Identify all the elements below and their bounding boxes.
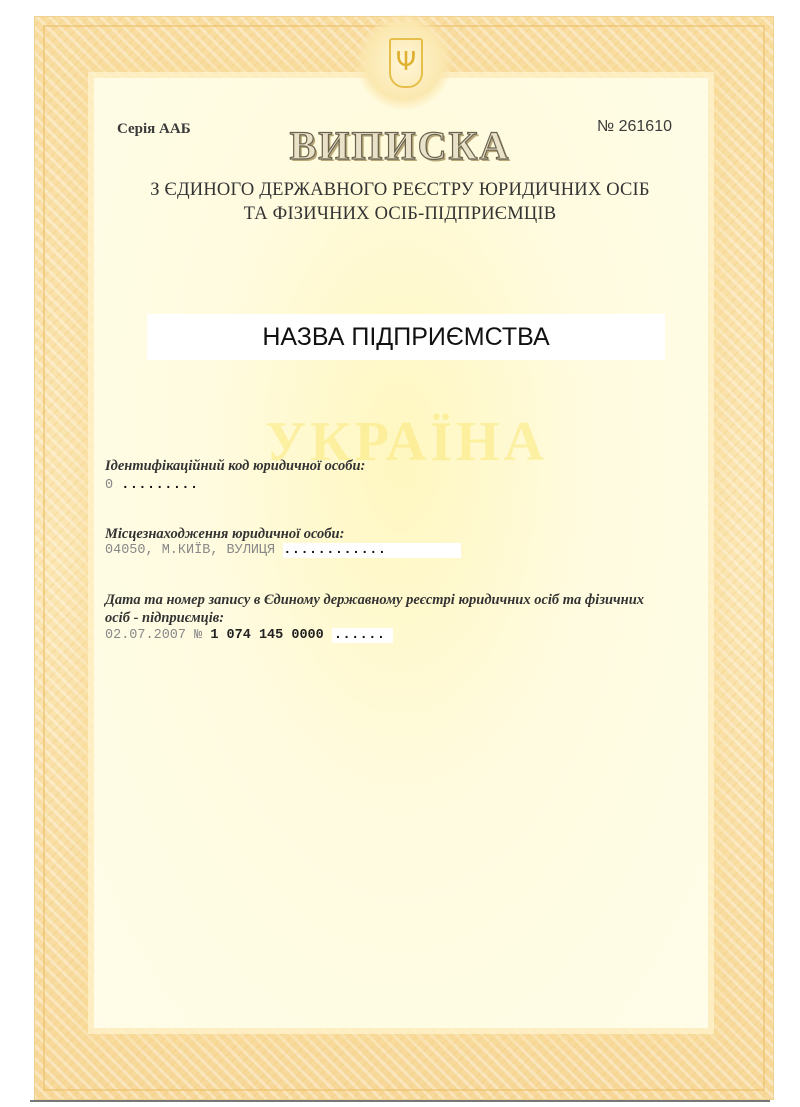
- registration-value: 02.07.2007 № 1 074 145 0000 ......: [105, 628, 393, 643]
- address-label: Місцезнаходження юридичної особи:: [105, 526, 344, 543]
- address-masked: ............: [283, 543, 461, 558]
- company-name: НАЗВА ПІДПРИЄМСТВА: [147, 314, 665, 360]
- id-code-value: 0 .........: [105, 478, 199, 493]
- document-subtitle-line1: З ЄДИНОГО ДЕРЖАВНОГО РЕЄСТРУ ЮРИДИЧНИХ О…: [0, 180, 800, 201]
- registration-label-line1: Дата та номер запису в Єдиному державном…: [105, 592, 644, 609]
- trident-icon: Ψ: [389, 38, 423, 88]
- scan-edge-line: [30, 1100, 770, 1102]
- id-code-masked: .........: [121, 478, 198, 493]
- registration-date: 02.07.2007: [105, 628, 186, 643]
- id-code-prefix: 0: [105, 478, 113, 493]
- id-code-label: Ідентифікаційний код юридичної особи:: [105, 458, 365, 475]
- registration-masked: ......: [332, 628, 394, 643]
- number-sign: №: [194, 628, 202, 643]
- registration-label-line2: осіб - підприємців:: [105, 610, 224, 627]
- registration-record-number: 1 074 145 0000: [210, 628, 323, 643]
- document-subtitle-line2: ТА ФІЗИЧНИХ ОСІБ-ПІДПРИЄМЦІВ: [0, 204, 800, 225]
- address-value: 04050, М.КИЇВ, ВУЛИЦЯ ............: [105, 543, 461, 558]
- document-title: ВИПИСКА: [0, 122, 800, 169]
- address-prefix: 04050, М.КИЇВ, ВУЛИЦЯ: [105, 543, 275, 558]
